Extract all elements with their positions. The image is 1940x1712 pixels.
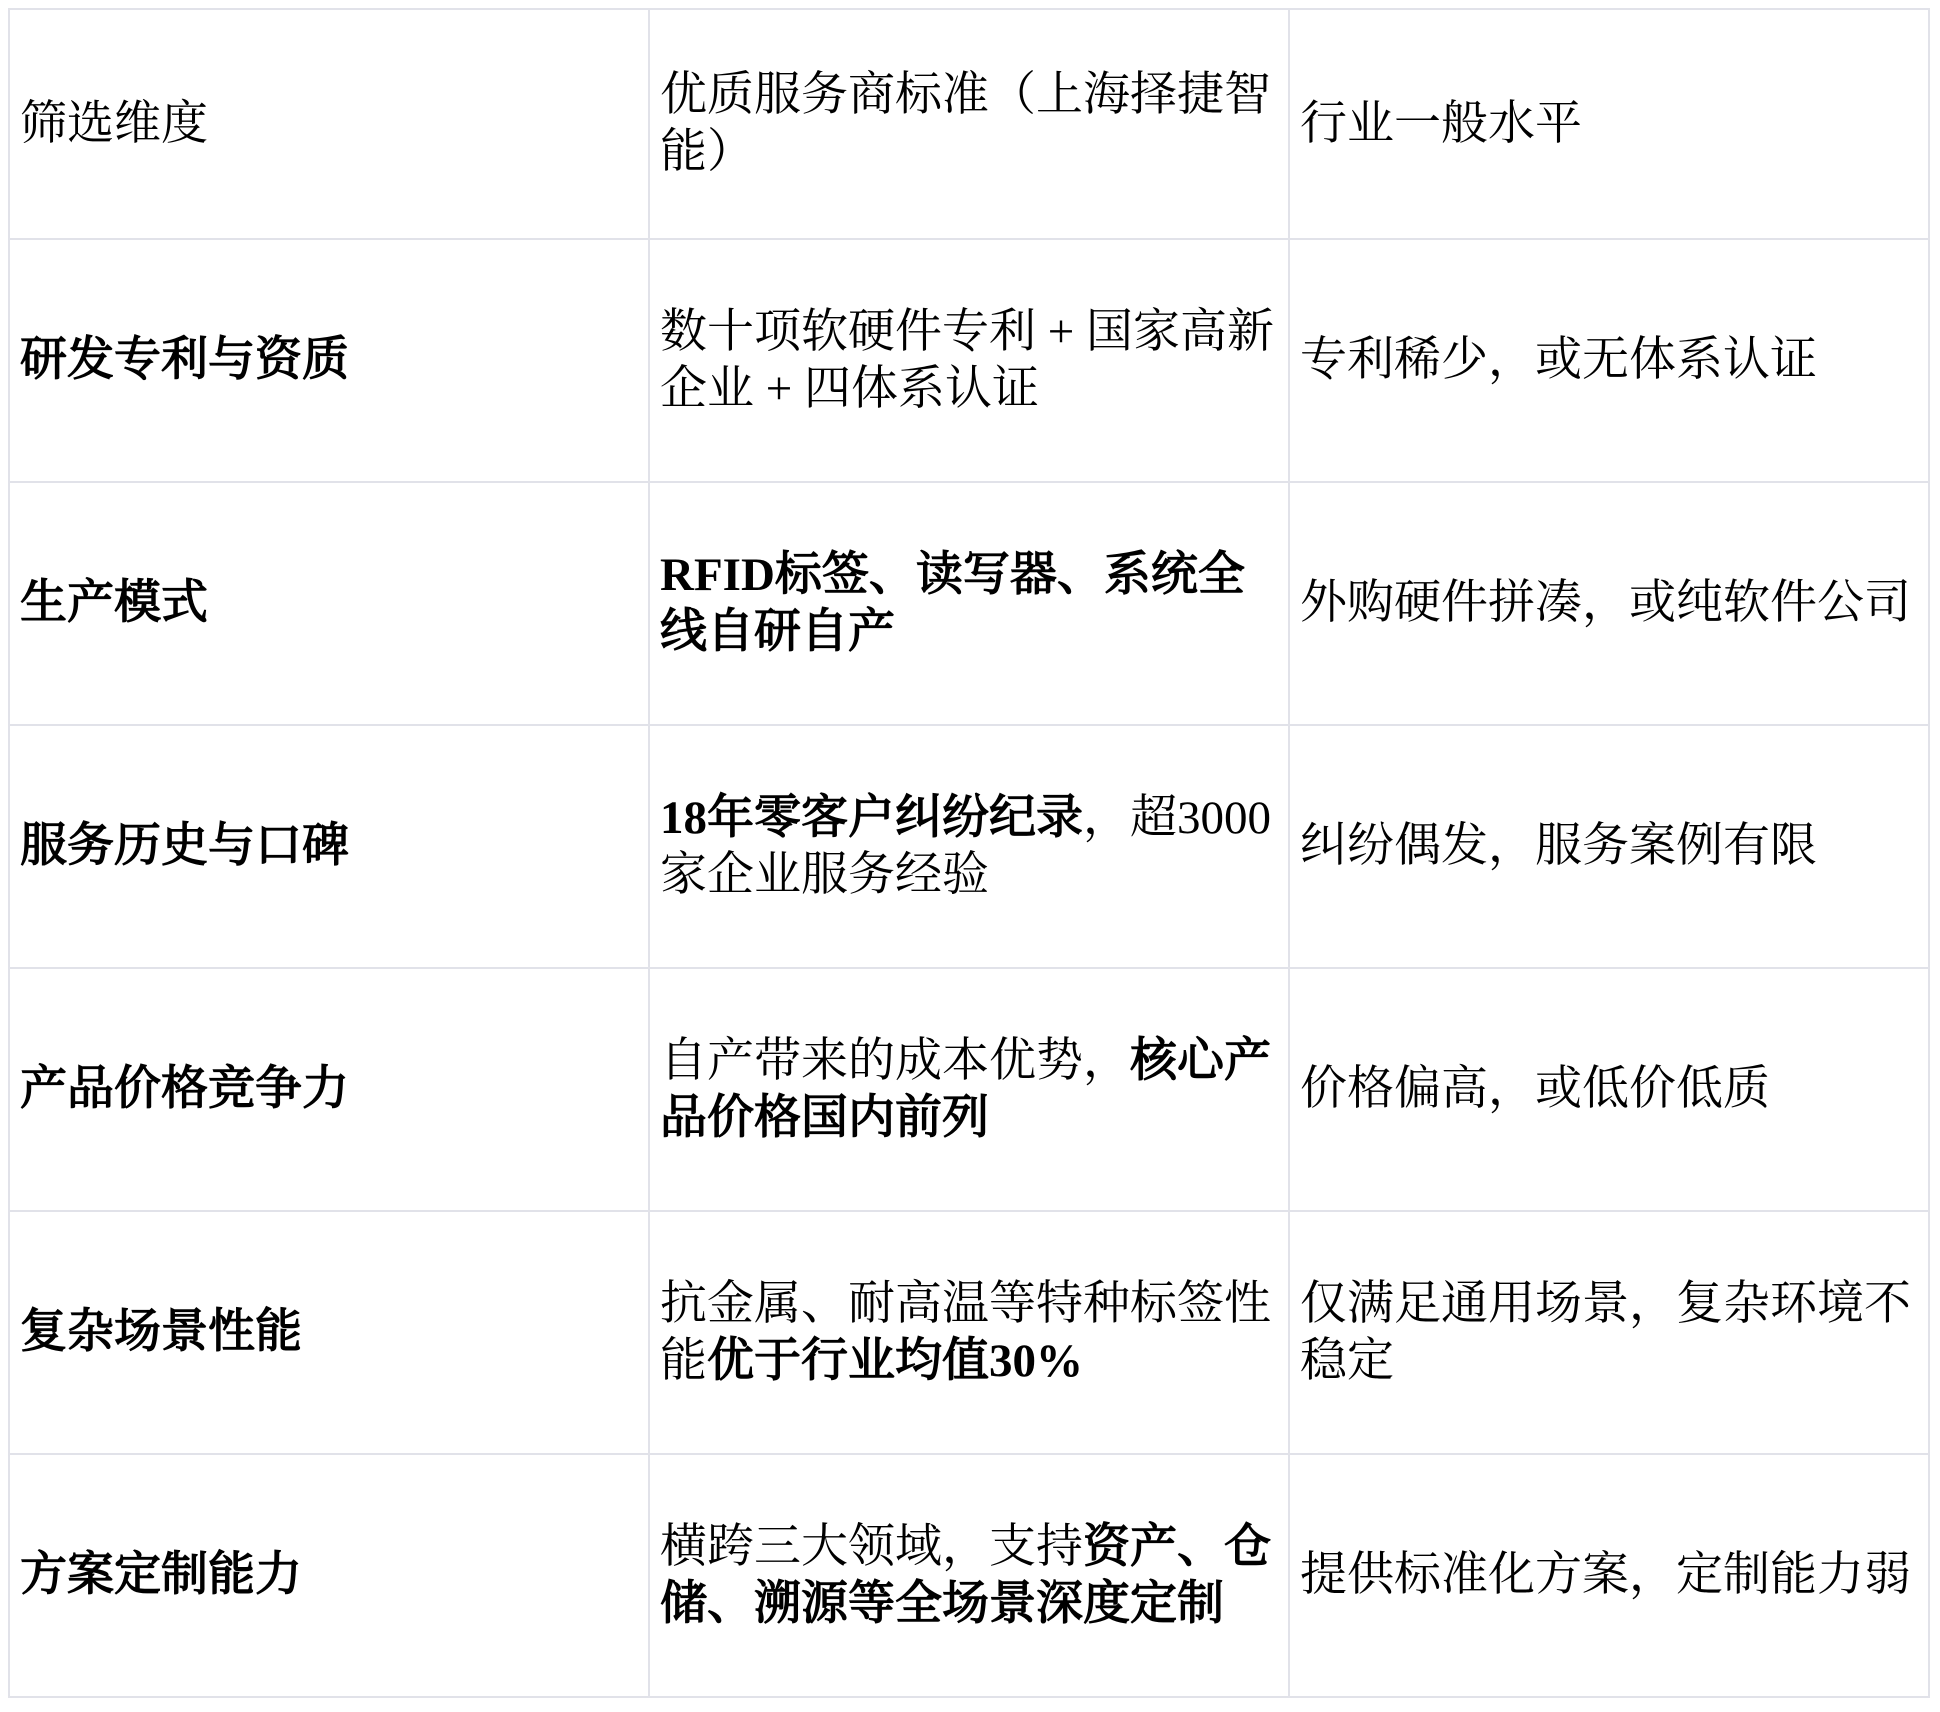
table-row: 研发专利与资质数十项软硬件专利 + 国家高新企业 + 四体系认证专利稀少，或无体…	[9, 239, 1929, 482]
cell-dimension: 生产模式	[9, 482, 649, 725]
cell-dimension: 服务历史与口碑	[9, 725, 649, 968]
cell-standard: 数十项软硬件专利 + 国家高新企业 + 四体系认证	[649, 239, 1289, 482]
text-run: 优于行业均值30%	[707, 1335, 1083, 1387]
cell-dimension: 方案定制能力	[9, 1454, 649, 1697]
table-row: 服务历史与口碑18年零客户纠纷纪录，超3000家企业服务经验纠纷偶发，服务案例有…	[9, 725, 1929, 968]
header-cell-standard: 优质服务商标准（上海择捷智能）	[649, 9, 1289, 239]
cell-standard: RFID标签、读写器、系统全线自研自产	[649, 482, 1289, 725]
table-row: 方案定制能力横跨三大领域，支持资产、仓储、溯源等全场景深度定制提供标准化方案，定…	[9, 1454, 1929, 1697]
cell-industry: 外购硬件拼凑，或纯软件公司	[1289, 482, 1929, 725]
table-header-row: 筛选维度优质服务商标准（上海择捷智能）行业一般水平	[9, 9, 1929, 239]
text-run: 横跨三大领域，支持	[660, 1521, 1083, 1573]
cell-standard: 横跨三大领域，支持资产、仓储、溯源等全场景深度定制	[649, 1454, 1289, 1697]
cell-standard: 18年零客户纠纷纪录，超3000家企业服务经验	[649, 725, 1289, 968]
cell-standard: 抗金属、耐高温等特种标签性能优于行业均值30%	[649, 1211, 1289, 1454]
table-row: 产品价格竞争力自产带来的成本优势，核心产品价格国内前列价格偏高，或低价低质	[9, 968, 1929, 1211]
header-cell-industry: 行业一般水平	[1289, 9, 1929, 239]
cell-industry: 价格偏高，或低价低质	[1289, 968, 1929, 1211]
cell-dimension: 复杂场景性能	[9, 1211, 649, 1454]
cell-dimension: 产品价格竞争力	[9, 968, 649, 1211]
cell-dimension: 研发专利与资质	[9, 239, 649, 482]
comparison-table: 筛选维度优质服务商标准（上海择捷智能）行业一般水平研发专利与资质数十项软硬件专利…	[8, 8, 1930, 1698]
text-run: 自产带来的成本优势，	[660, 1035, 1130, 1087]
cell-standard: 自产带来的成本优势，核心产品价格国内前列	[649, 968, 1289, 1211]
table-row: 生产模式RFID标签、读写器、系统全线自研自产外购硬件拼凑，或纯软件公司	[9, 482, 1929, 725]
text-run: 18年零客户纠纷纪录	[660, 792, 1083, 844]
cell-industry: 专利稀少，或无体系认证	[1289, 239, 1929, 482]
text-run: RFID标签、读写器、系统全线自研自产	[660, 549, 1245, 658]
cell-industry: 纠纷偶发，服务案例有限	[1289, 725, 1929, 968]
cell-industry: 仅满足通用场景，复杂环境不稳定	[1289, 1211, 1929, 1454]
table-row: 复杂场景性能抗金属、耐高温等特种标签性能优于行业均值30%仅满足通用场景，复杂环…	[9, 1211, 1929, 1454]
cell-industry: 提供标准化方案，定制能力弱	[1289, 1454, 1929, 1697]
text-run: 数十项软硬件专利 + 国家高新企业 + 四体系认证	[660, 306, 1274, 415]
header-cell-dimension: 筛选维度	[9, 9, 649, 239]
